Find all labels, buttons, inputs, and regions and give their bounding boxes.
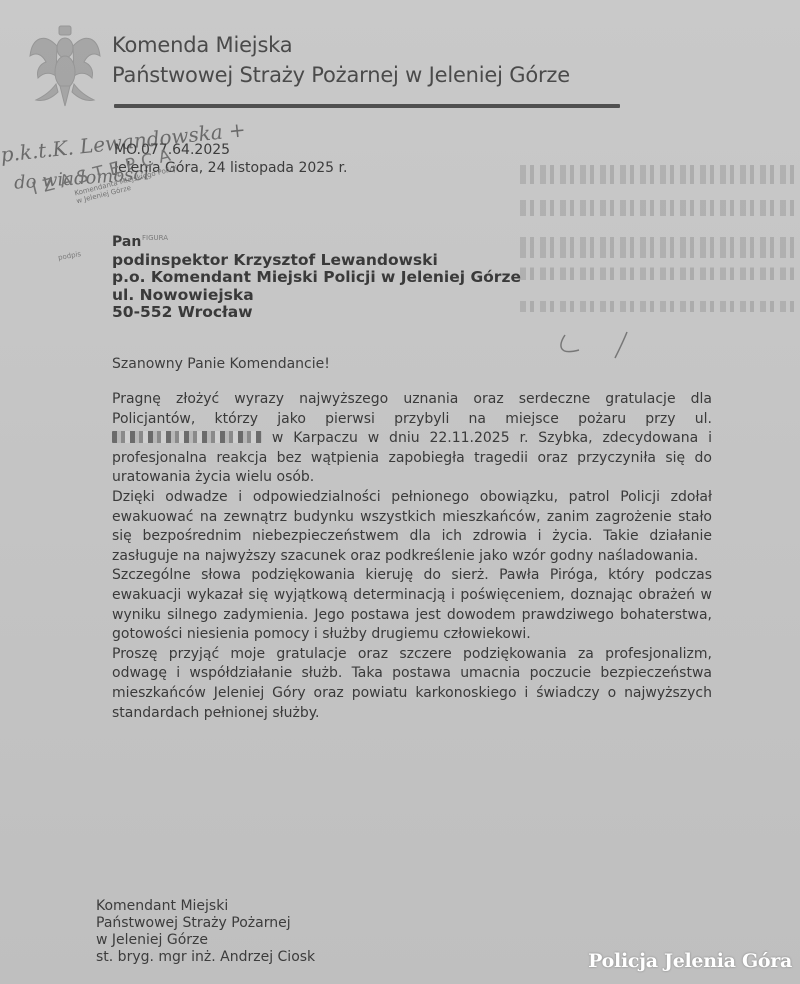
recipient-street: ul. Nowowiejska [112, 287, 521, 305]
letter-salutation: Szanowny Panie Komendancie! [112, 356, 330, 372]
signature-line-4: st. bryg. mgr inż. Andrzej Ciosk [96, 949, 315, 966]
paragraph-4: Proszę przyjąć moje gratulacje oraz szcz… [112, 645, 712, 723]
recipient-position: p.o. Komendant Miejski Policji w Jelenie… [112, 269, 521, 287]
watermark: Policja Jelenia Góra [588, 950, 792, 972]
scanned-letter: Komenda Miejska Państwowej Straży Pożarn… [0, 0, 800, 984]
letter-body: Pragnę złożyć wyrazy najwyższego uznania… [112, 390, 712, 723]
paragraph-3: Szczególne słowa podziękowania kieruję d… [112, 566, 712, 644]
paragraph-1: Pragnę złożyć wyrazy najwyższego uznania… [112, 390, 712, 488]
recipient-city: 50-552 Wrocław [112, 304, 521, 322]
paragraph-2: Dzięki odwadze i odpowiedzialności pełni… [112, 488, 712, 566]
signature-scribble-icon [555, 330, 645, 360]
redacted-handwritten-annotation [520, 165, 800, 325]
paragraph-1-start: Pragnę złożyć wyrazy najwyższego uznania… [112, 391, 712, 427]
redacted-street-name [112, 431, 262, 443]
signature-line-2: Państwowej Straży Pożarnej [96, 915, 315, 932]
letterhead-line-1: Komenda Miejska [112, 30, 570, 60]
signature-line-1: Komendant Miejski [96, 898, 315, 915]
signature-line-3: w Jeleniej Górze [96, 932, 315, 949]
letterhead: Komenda Miejska Państwowej Straży Pożarn… [112, 30, 570, 90]
recipient-address: Pan podinspektor Krzysztof Lewandowski p… [112, 234, 521, 322]
stamp-sign-label: podpis [57, 250, 81, 262]
polish-eagle-crest-icon [26, 22, 104, 108]
recipient-prefix: Pan [112, 234, 521, 252]
signature-block: Komendant Miejski Państwowej Straży Poża… [96, 898, 315, 966]
letterhead-divider [114, 104, 620, 108]
letterhead-line-2: Państwowej Straży Pożarnej w Jeleniej Gó… [112, 60, 570, 90]
recipient-name: podinspektor Krzysztof Lewandowski [112, 252, 521, 270]
